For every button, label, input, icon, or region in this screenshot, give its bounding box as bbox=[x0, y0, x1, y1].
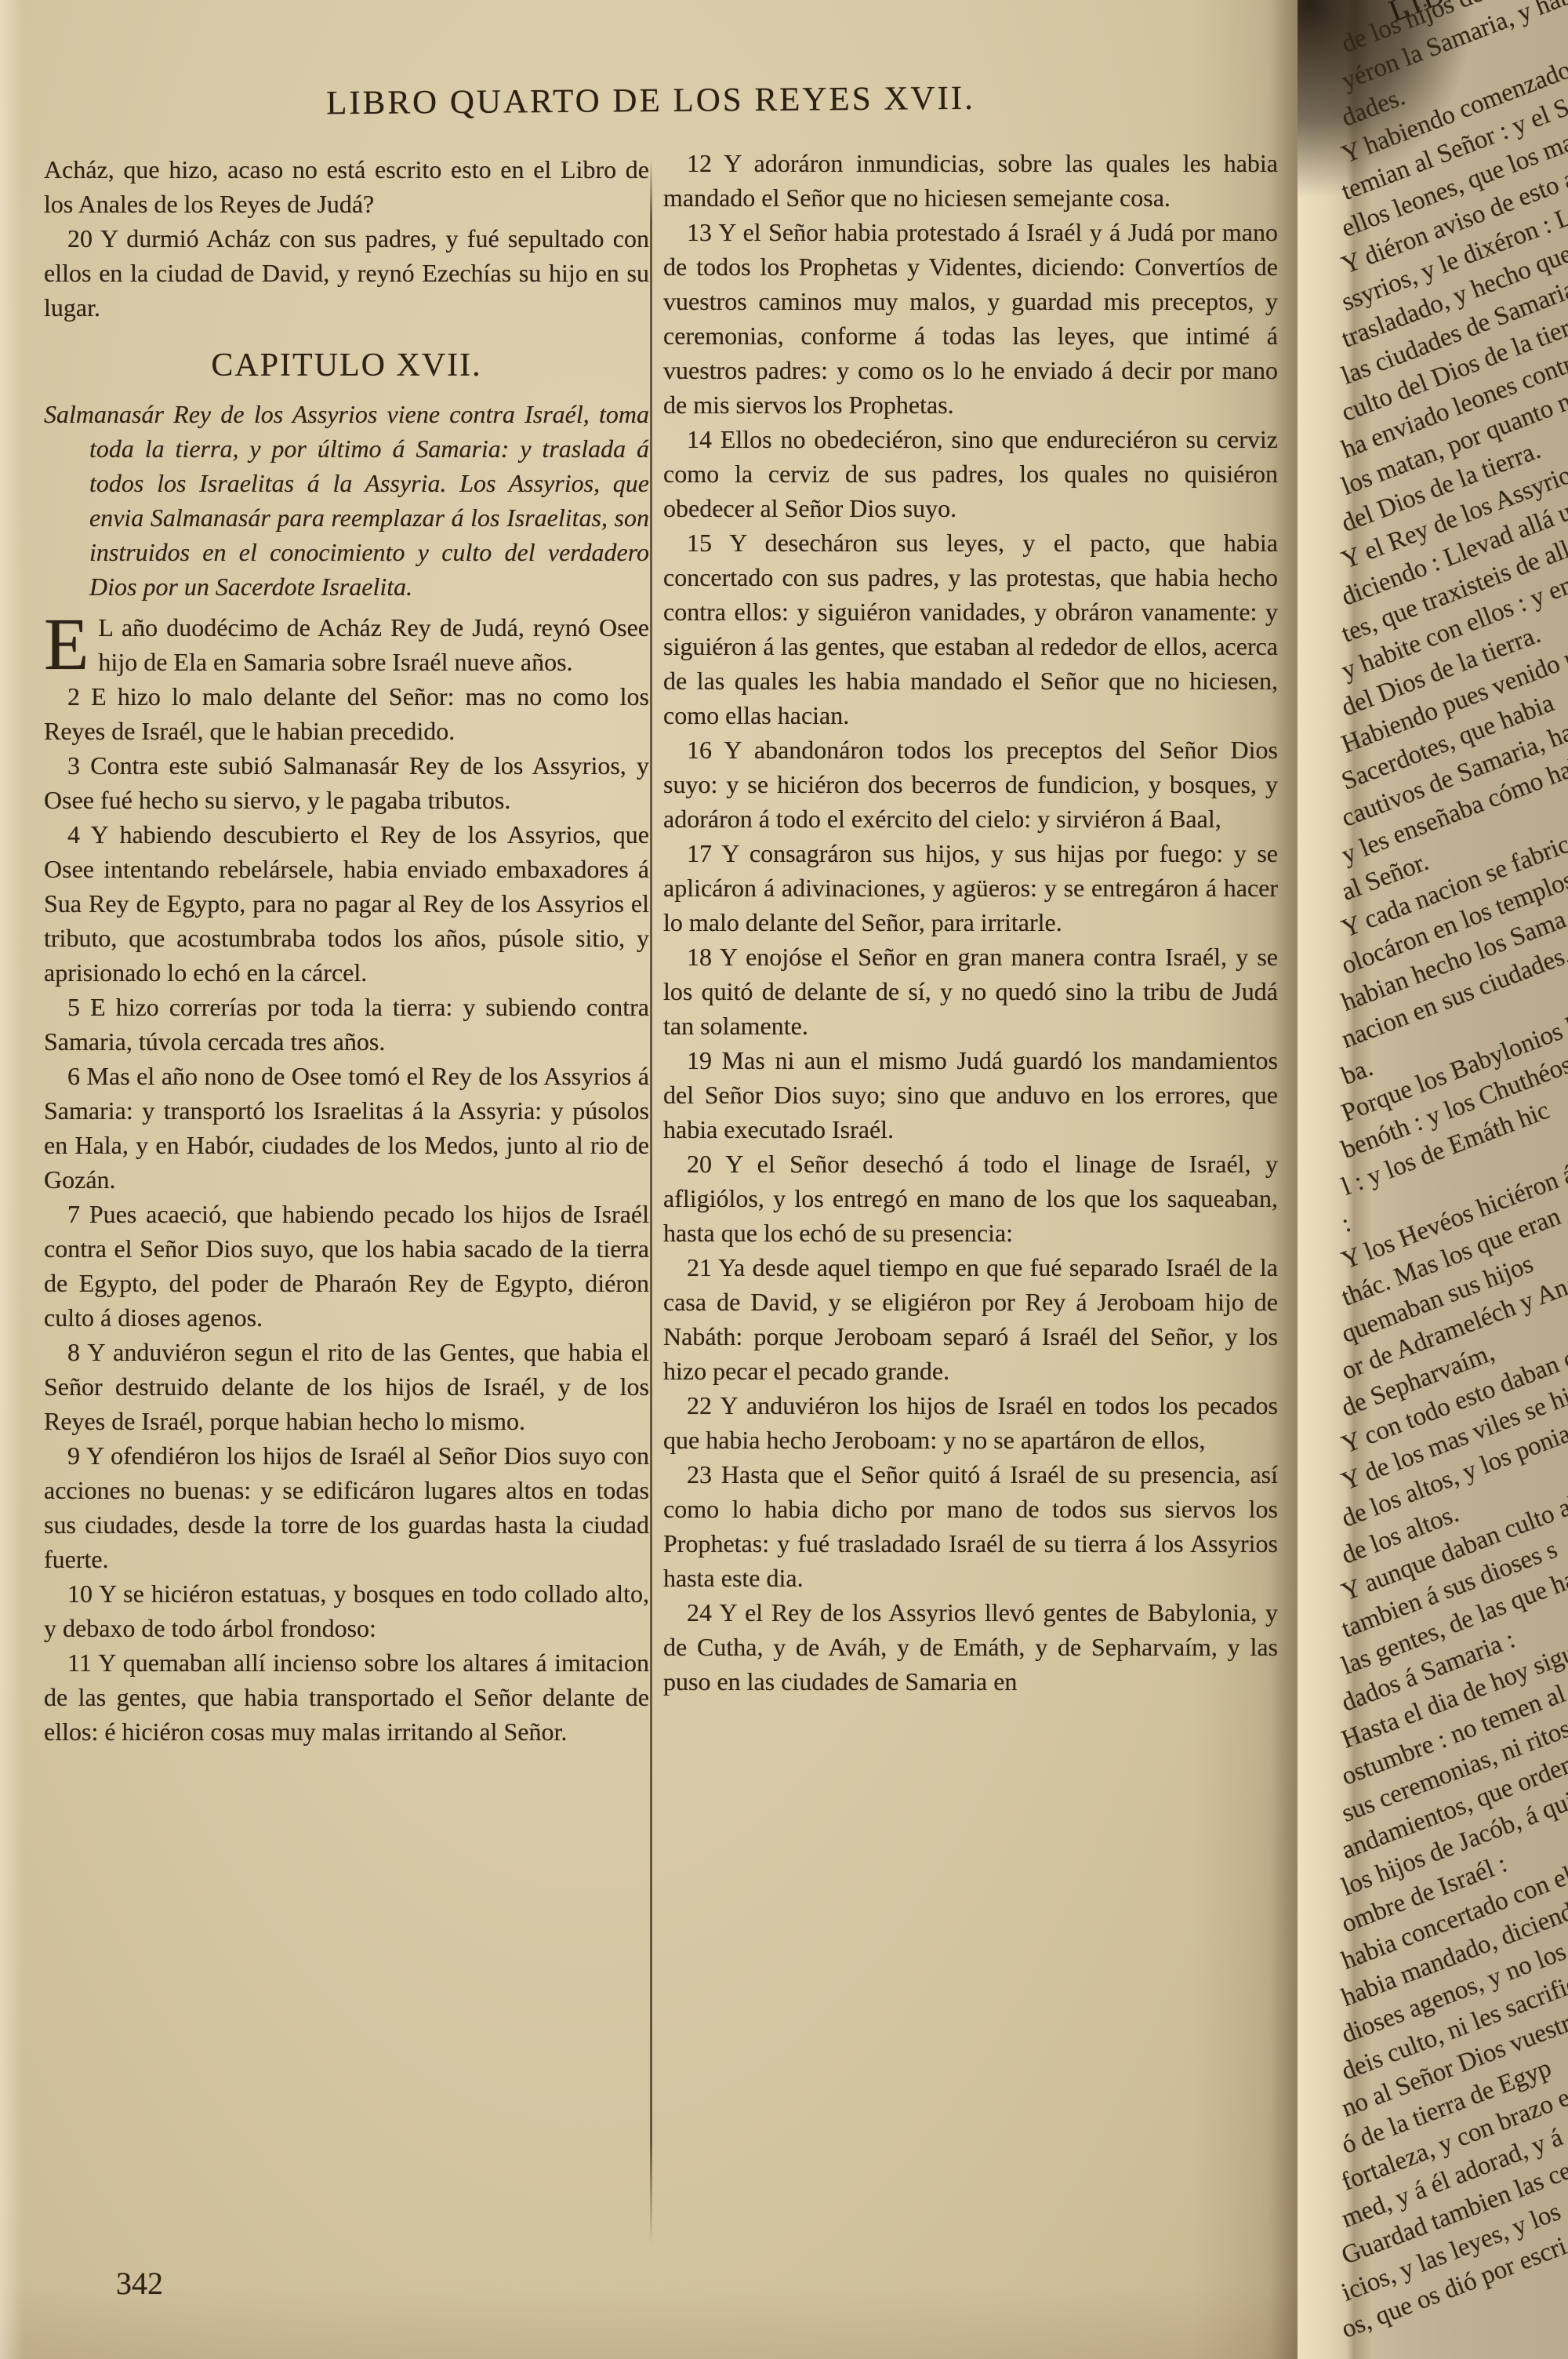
chapter-summary: Salmanasár Rey de los Assyrios viene con… bbox=[44, 397, 649, 604]
verse-paragraph: 13 Y el Señor habia protestado á Israél … bbox=[663, 215, 1278, 422]
verse-paragraph: 5 E hizo correrías por toda la tierra: y… bbox=[44, 990, 649, 1059]
chapter-heading: CAPITULO XVII. bbox=[44, 347, 649, 384]
verse-paragraph: 20 Y el Señor desechó á todo el linage d… bbox=[663, 1147, 1278, 1250]
verse-paragraph: 14 Ellos no obedeciéron, sino que endure… bbox=[663, 422, 1278, 525]
next-page-text-fragment: ba. bbox=[1338, 1053, 1377, 1092]
verse-paragraph: 15 Y desecháron sus leyes, y el pacto, q… bbox=[663, 525, 1278, 732]
verse-paragraph: 19 Mas ni aun el mismo Judá guardó los m… bbox=[663, 1043, 1278, 1147]
right-text-column: 12 Y adoráron inmundicias, sobre las qua… bbox=[663, 146, 1278, 1699]
drop-cap: E bbox=[44, 610, 98, 674]
left-text-column: Acház, que hizo, acaso no está escrito e… bbox=[44, 152, 649, 1749]
verse-paragraph: 17 Y consagráron sus hijos, y sus hijas … bbox=[663, 836, 1278, 940]
verse-paragraph: 8 Y anduviéron segun el rito de las Gent… bbox=[44, 1335, 649, 1438]
book-photo: LIBRO QUARTO DE LOS REYES XVII. Acház, q… bbox=[0, 0, 1568, 2359]
verse-paragraph: 7 Pues acaeció, que habiendo pecado los … bbox=[44, 1197, 649, 1335]
verse-paragraph: EL año duodécimo de Acház Rey de Judá, r… bbox=[44, 610, 649, 679]
verse-paragraph: 22 Y anduviéron los hijos de Israél en t… bbox=[663, 1388, 1278, 1457]
verse-paragraph: 21 Ya desde aquel tiempo en que fué sepa… bbox=[663, 1250, 1278, 1388]
verse-paragraph: 6 Mas el año nono de Osee tomó el Rey de… bbox=[44, 1059, 649, 1197]
verse-paragraph: 16 Y abandonáron todos los preceptos del… bbox=[663, 732, 1278, 836]
book-page: LIBRO QUARTO DE LOS REYES XVII. Acház, q… bbox=[0, 0, 1301, 2359]
verse-paragraph: 3 Contra este subió Salmanasár Rey de lo… bbox=[44, 748, 649, 817]
verse-paragraph: 20 Y durmió Acház con sus padres, y fué … bbox=[44, 221, 649, 325]
verse-paragraph: 9 Y ofendiéron los hijos de Israél al Se… bbox=[44, 1438, 649, 1576]
verse-paragraph: 10 Y se hiciéron estatuas, y bosques en … bbox=[44, 1576, 649, 1645]
next-page-edge: LIBR de los hijos de Israél :yéron la Sa… bbox=[1298, 0, 1568, 2359]
verse-paragraph: 24 Y el Rey de los Assyrios llevó gentes… bbox=[663, 1595, 1278, 1699]
column-divider-rule bbox=[650, 158, 652, 2245]
verse-paragraph: 4 Y habiendo descubierto el Rey de los A… bbox=[44, 817, 649, 990]
verse-paragraph: 23 Hasta que el Señor quitó á Israél de … bbox=[663, 1457, 1278, 1595]
verse-paragraph: 18 Y enojóse el Señor en gran manera con… bbox=[663, 940, 1278, 1043]
verse-paragraph: 11 Y quemaban allí incienso sobre los al… bbox=[44, 1645, 649, 1749]
verse-paragraph: 12 Y adoráron inmundicias, sobre las qua… bbox=[663, 146, 1278, 215]
running-header: LIBRO QUARTO DE LOS REYES XVII. bbox=[24, 77, 1278, 125]
page-number: 342 bbox=[116, 2265, 163, 2302]
next-page-text-fragment: : bbox=[1338, 1209, 1355, 1239]
verse-paragraph: 2 E hizo lo malo delante del Señor: mas … bbox=[44, 679, 649, 748]
verse-paragraph: Acház, que hizo, acaso no está escrito e… bbox=[44, 152, 649, 221]
